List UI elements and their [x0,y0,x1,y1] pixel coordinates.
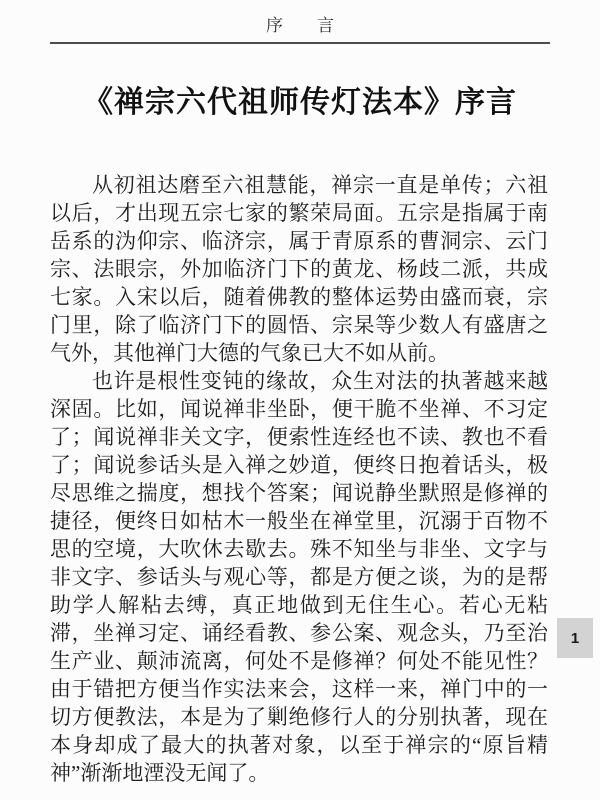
page-number-tab: 1 [557,618,593,658]
paragraph: 从初祖达磨至六祖慧能，禅宗一直是单传；六祖以后，才出现五宗七家的繁荣局面。五宗是… [50,171,548,367]
page-number: 1 [571,630,579,647]
body-text: 从初祖达磨至六祖慧能，禅宗一直是单传；六祖以后，才出现五宗七家的繁荣局面。五宗是… [50,171,548,787]
header-rule [50,42,550,44]
page-title: 《禅宗六代祖师传灯法本》序言 [0,77,600,121]
running-header: 序 言 [0,0,600,36]
book-page: 序 言 《禅宗六代祖师传灯法本》序言 从初祖达磨至六祖慧能，禅宗一直是单传；六祖… [0,0,600,800]
paragraph: 也许是根性变钝的缘故，众生对法的执著越来越深固。比如，闻说禅非坐卧，便干脆不坐禅… [50,367,548,787]
